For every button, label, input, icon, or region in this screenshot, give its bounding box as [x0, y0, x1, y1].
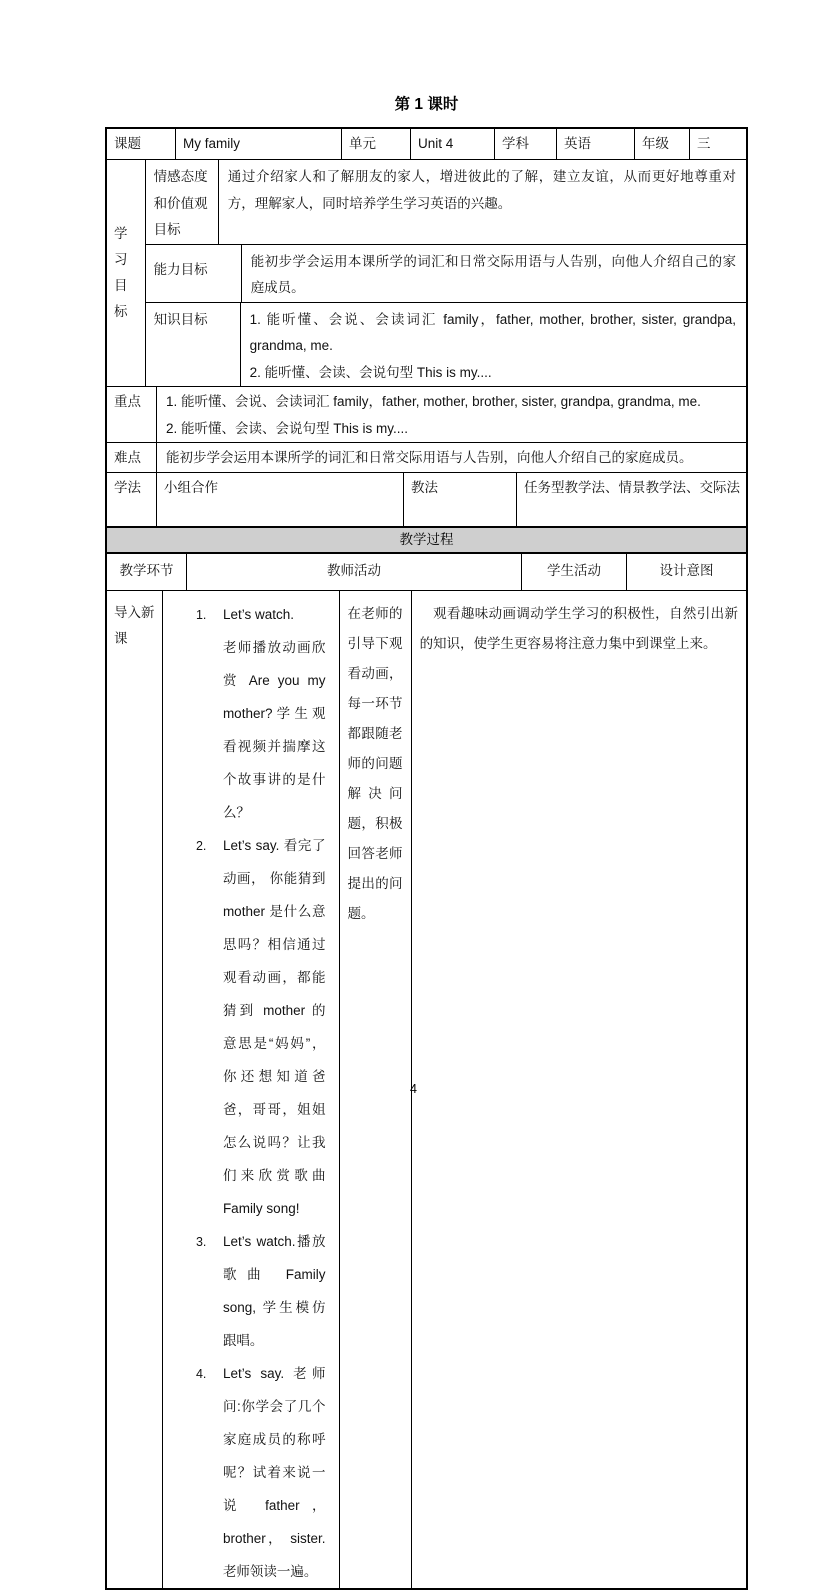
difficulties-content: 能初步学会运用本课所学的词汇和日常交际用语与人告别，向他人介绍自己的家庭成员。: [157, 443, 746, 472]
header-student-activity: 学生活动: [522, 554, 627, 590]
process-section-band: 教学过程: [107, 526, 746, 554]
teaching-method-value: 任务型教学法、情景教学法、交际法: [517, 473, 746, 526]
activity-item-2: 2. Let’s say. 看完了动画， 你能猜到 mother 是什么意思吗？…: [163, 829, 339, 1225]
subject-value: 英语: [557, 129, 635, 159]
header-stage: 教学环节: [107, 554, 187, 590]
lesson-plan-table: 课题 My family 单元 Unit 4 学科 英语 年级 三 学习目标 情…: [105, 127, 748, 1590]
objectives-subtable: 情感态度和价值观目标 通过介绍家人和了解朋友的家人，增进彼此的了解，建立友谊，从…: [146, 160, 746, 386]
methods-row: 学法 小组合作 教法 任务型教学法、情景教学法、交际法: [107, 473, 746, 527]
affective-objective-row: 情感态度和价值观目标 通过介绍家人和了解朋友的家人，增进彼此的了解，建立友谊，从…: [146, 160, 746, 245]
ability-objective-row: 能力目标 能初步学会运用本课所学的词汇和日常交际用语与人告别，向他人介绍自己的家…: [146, 245, 746, 303]
subject-label: 学科: [495, 129, 557, 159]
activity-2-number: 2.: [196, 829, 223, 1225]
teaching-method-label: 教法: [404, 473, 517, 526]
knowledge-objective-line-1: 1. 能听懂、会说、会读词汇 family，father, mother, br…: [250, 307, 736, 360]
ability-objective-label: 能力目标: [146, 245, 242, 302]
activity-item-1: 1. Let’s watch. 老师播放动画欣赏 Are you my moth…: [163, 598, 339, 829]
key-points-line-2: 2. 能听懂、会读、会说句型 This is my....: [166, 416, 736, 443]
header-teacher-activity: 教师活动: [187, 554, 522, 590]
activity-1-line-2: 老师播放动画欣赏 Are you my mother?学生观看视频并揣摩这个故事…: [223, 631, 326, 829]
key-points-content: 1. 能听懂、会说、会读词汇 family，father, mother, br…: [157, 387, 746, 442]
activity-1-number: 1.: [196, 598, 223, 829]
page-title: 第 1 课时: [105, 96, 748, 114]
activity-2-text: Let’s say. 看完了动画， 你能猜到 mother 是什么意思吗？相信通…: [223, 829, 339, 1225]
topic-value: My family: [176, 129, 342, 159]
knowledge-objective-label: 知识目标: [146, 303, 241, 387]
process-header-row: 教学环节 教师活动 学生活动 设计意图: [107, 554, 746, 591]
page-number: 4: [0, 1082, 827, 1096]
grade-label: 年级: [635, 129, 690, 159]
grade-value: 三: [690, 129, 746, 159]
knowledge-objective-content: 1. 能听懂、会说、会读词汇 family，father, mother, br…: [241, 303, 746, 387]
activity-1-line-1: Let’s watch.: [223, 598, 326, 631]
ability-objective-text: 能初步学会运用本课所学的词汇和日常交际用语与人告别，向他人介绍自己的家庭成员。: [251, 254, 736, 296]
topic-label: 课题: [107, 129, 176, 159]
difficulties-label: 难点: [107, 443, 157, 472]
difficulties-row: 难点 能初步学会运用本课所学的词汇和日常交际用语与人告别，向他人介绍自己的家庭成…: [107, 443, 746, 473]
affective-objective-label: 情感态度和价值观目标: [146, 160, 219, 244]
lesson-plan: 第 1 课时 课题 My family 单元 Unit 4 学科 英语 年级 三…: [105, 96, 748, 1590]
unit-value: Unit 4: [411, 129, 495, 159]
activity-3-number: 3.: [196, 1225, 223, 1357]
objectives-label: 学习目标: [107, 160, 146, 386]
activity-4-number: 4.: [196, 1357, 223, 1588]
key-points-line-1: 1. 能听懂、会说、会读词汇 family，father, mother, br…: [166, 389, 736, 416]
knowledge-objective-row: 知识目标 1. 能听懂、会说、会读词汇 family，father, mothe…: [146, 303, 746, 387]
key-points-label: 重点: [107, 387, 157, 442]
document-page: 第 1 课时 课题 My family 单元 Unit 4 学科 英语 年级 三…: [0, 0, 827, 1170]
activity-4-text: Let’s say. 老师问:你学会了几个家庭成员的称呼呢？试着来说一说 fat…: [223, 1357, 339, 1588]
key-points-row: 重点 1. 能听懂、会说、会读词汇 family，father, mother,…: [107, 387, 746, 443]
meta-row: 课题 My family 单元 Unit 4 学科 英语 年级 三: [107, 129, 746, 160]
header-design-intent: 设计意图: [627, 554, 746, 590]
objectives-row: 学习目标 情感态度和价值观目标 通过介绍家人和了解朋友的家人，增进彼此的了解，建…: [107, 160, 746, 387]
learning-method-value: 小组合作: [157, 473, 404, 526]
process-section-title: 教学过程: [400, 528, 454, 552]
activity-3-text: Let’s watch.播放歌曲 Family song, 学生模仿跟唱。: [223, 1225, 339, 1357]
knowledge-objective-line-2: 2. 能听懂、会读、会说句型 This is my....: [250, 360, 736, 387]
activity-1-text: Let’s watch. 老师播放动画欣赏 Are you my mother?…: [223, 598, 339, 829]
activity-item-3: 3. Let’s watch.播放歌曲 Family song, 学生模仿跟唱。: [163, 1225, 339, 1357]
affective-objective-content: 通过介绍家人和了解朋友的家人，增进彼此的了解，建立友谊，从而更好地尊重对方，理解…: [219, 160, 746, 244]
activity-item-4: 4. Let’s say. 老师问:你学会了几个家庭成员的称呼呢？试着来说一说 …: [163, 1357, 339, 1588]
learning-method-label: 学法: [107, 473, 157, 526]
unit-label: 单元: [342, 129, 411, 159]
ability-objective-content: 能初步学会运用本课所学的词汇和日常交际用语与人告别，向他人介绍自己的家庭成员。: [242, 245, 746, 302]
